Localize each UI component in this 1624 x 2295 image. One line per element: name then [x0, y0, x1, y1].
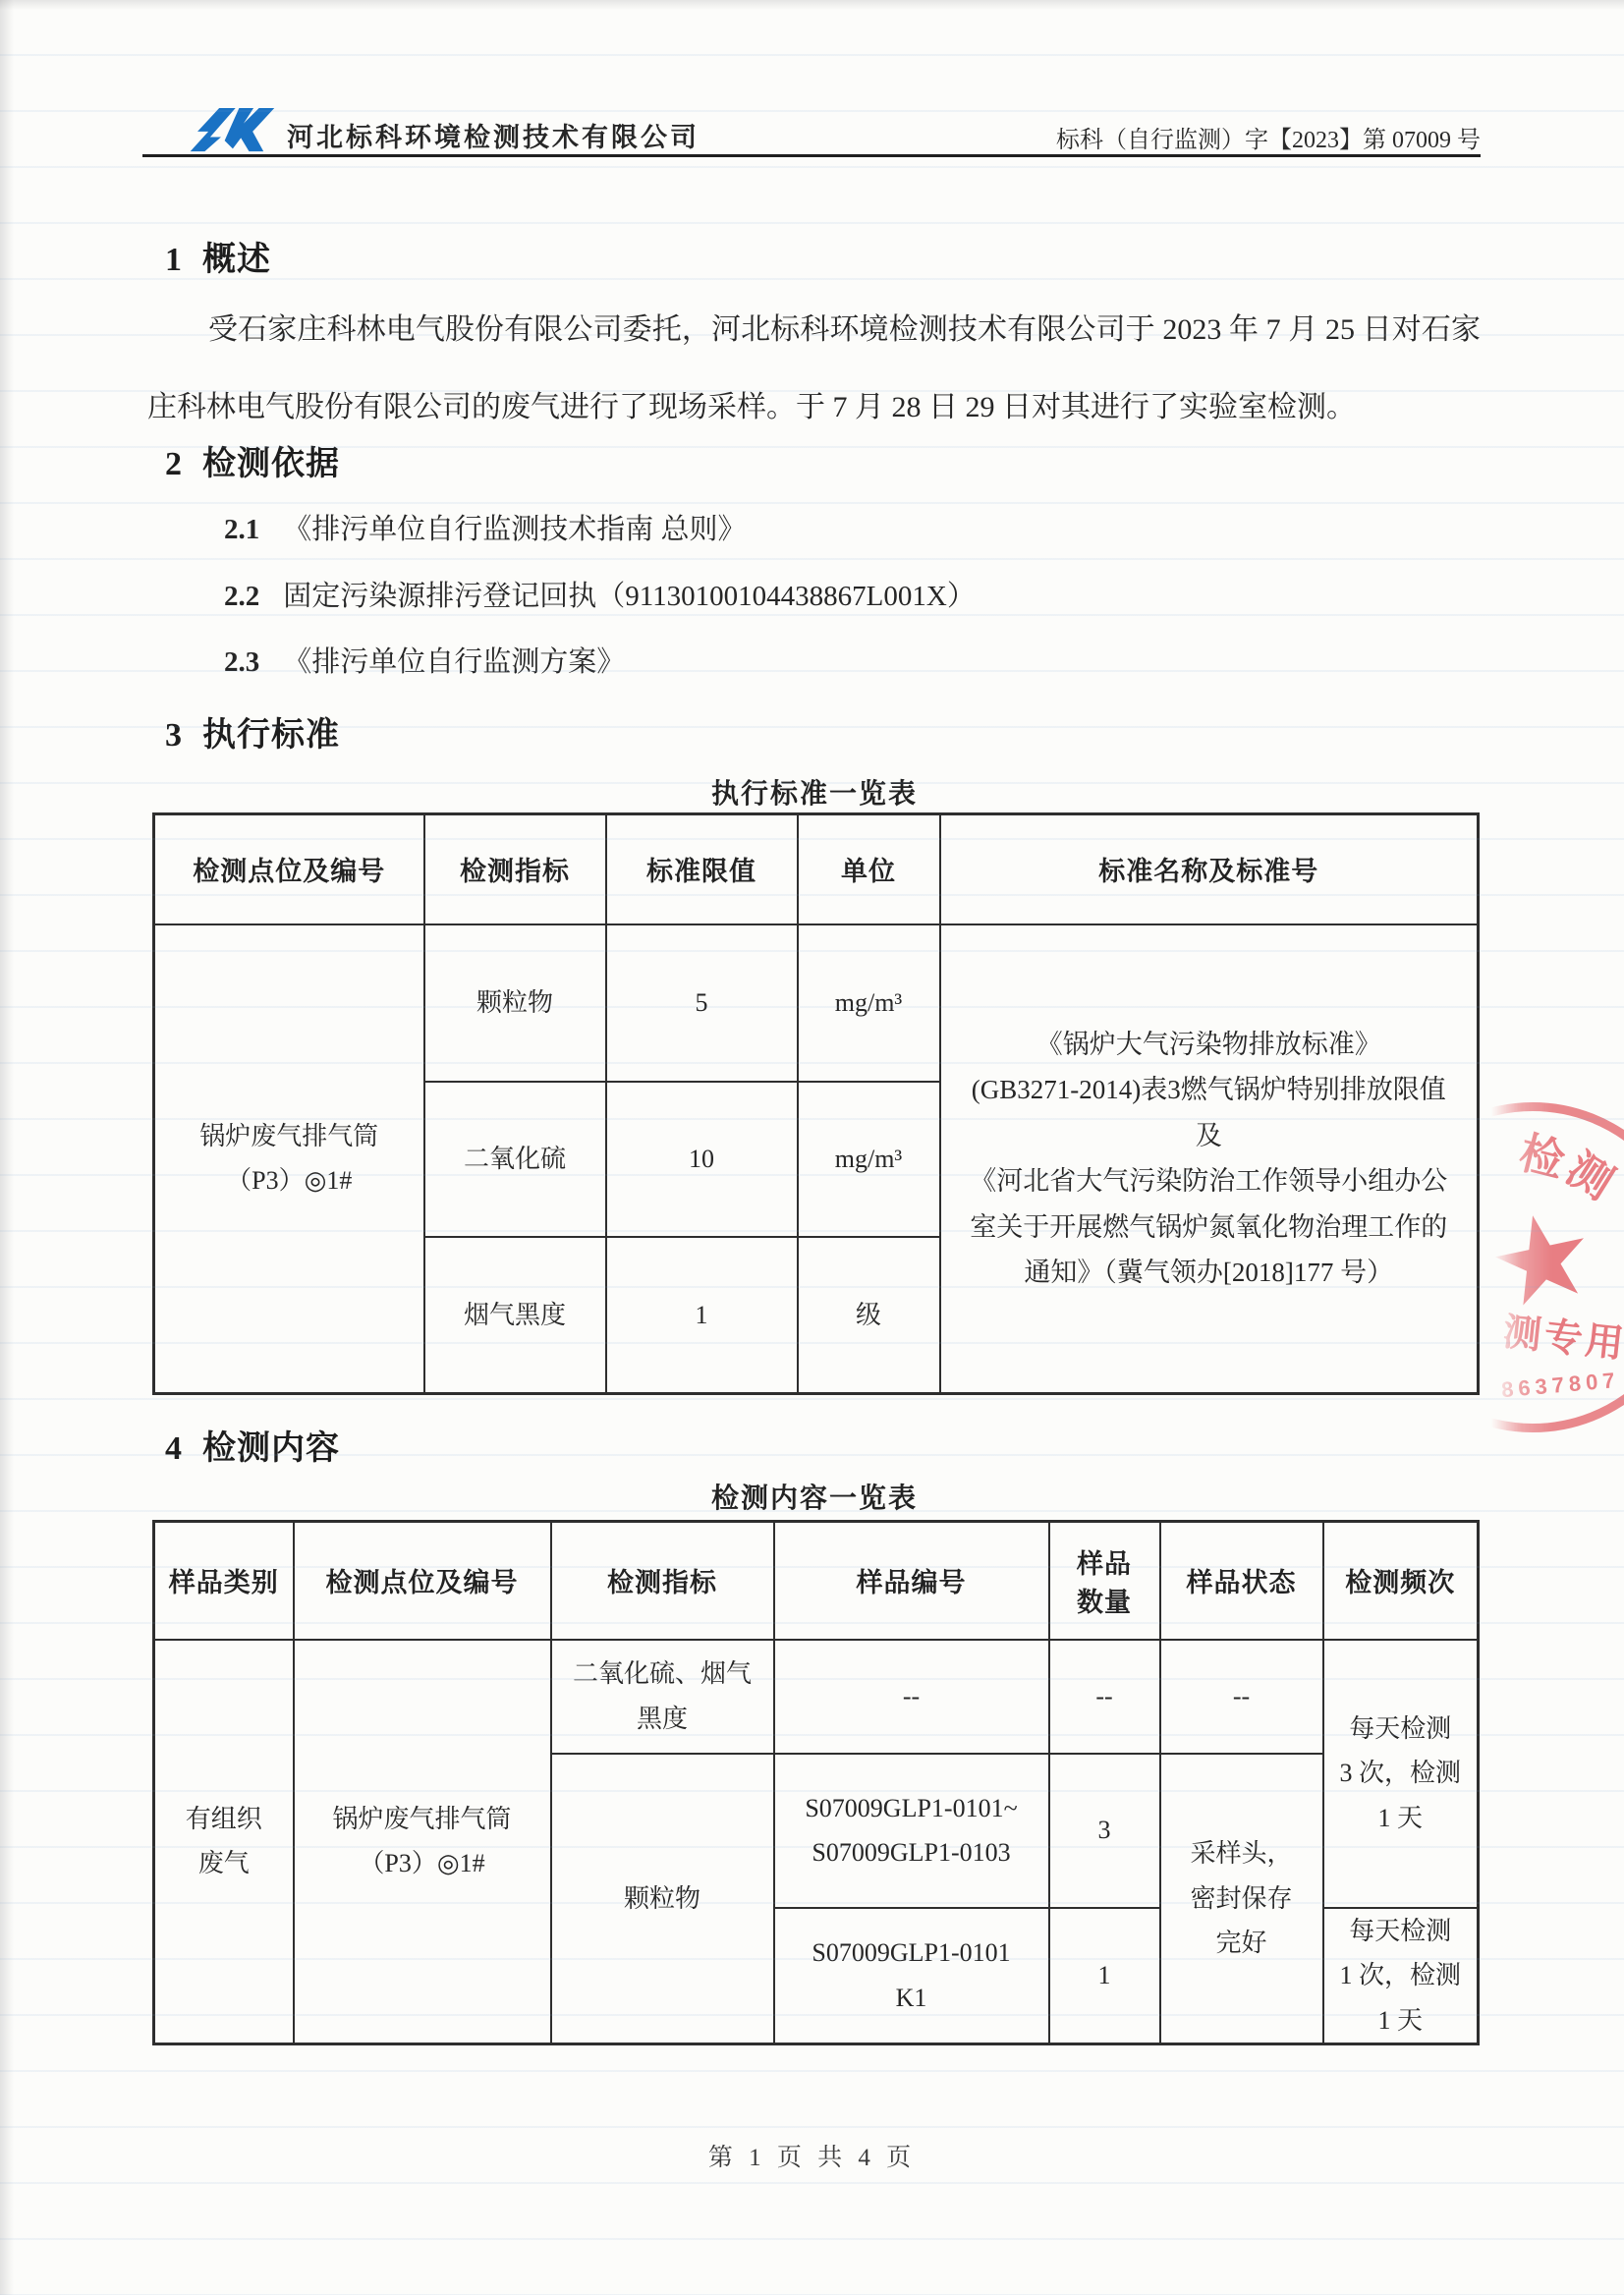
reference-item: 2.3《排污单位自行监测方案》: [224, 640, 625, 680]
section2-heading: 2检测依据: [165, 436, 340, 484]
cell-qty: 3: [1049, 1754, 1160, 1908]
cell-frequency: 每天检测 3 次，检测 1 天: [1323, 1640, 1479, 1908]
doc-number: 标科（自行监测）字【2023】第 07009 号: [865, 120, 1481, 154]
section1-heading: 1概述: [165, 232, 271, 280]
cell-category: 有组织 废气: [154, 1640, 294, 2044]
section2-number: 2: [165, 446, 183, 482]
ref-text: 《排污单位自行监测技术指南 总则》: [283, 514, 746, 545]
section4-heading: 4检测内容: [165, 1421, 340, 1469]
col-header-sample-no: 样品编号: [774, 1522, 1049, 1640]
standards-table: 检测点位及编号 检测指标 标准限值 单位 标准名称及标准号 锅炉废气排气筒 （P…: [152, 812, 1480, 1395]
section4-number: 4: [165, 1430, 183, 1467]
company-name: 河北标科环境检测技术有限公司: [287, 116, 700, 154]
cell-indicator: 烟气黑度: [424, 1237, 606, 1394]
col-header-point: 检测点位及编号: [154, 814, 424, 924]
col-header-status: 样品状态: [1160, 1522, 1323, 1640]
cell-indicator: 颗粒物: [424, 924, 606, 1082]
scan-edge-shadow: [0, 0, 1624, 10]
content-table-caption: 检测内容一览表: [152, 1477, 1477, 1516]
table-row: 锅炉废气排气筒 （P3）◎1# 颗粒物 5 mg/m³ 《锅炉大气污染物排放标准…: [154, 924, 1479, 1082]
reference-item: 2.2固定污染源排污登记回执（91130100104438867L001X）: [224, 574, 976, 614]
col-header-frequency: 检测频次: [1323, 1522, 1479, 1640]
header-rule: [142, 154, 1481, 157]
page-footer: 第 1 页 共 4 页: [0, 2138, 1624, 2173]
ref-text: 固定污染源排污登记回执（91130100104438867L001X）: [283, 581, 976, 612]
cell-unit: mg/m³: [798, 924, 940, 1082]
ref-text: 《排污单位自行监测方案》: [283, 646, 625, 678]
section3-title: 执行标准: [202, 717, 340, 754]
section3-heading: 3执行标准: [165, 707, 340, 756]
section2-title: 检测依据: [202, 446, 340, 482]
standards-header-row: 检测点位及编号 检测指标 标准限值 单位 标准名称及标准号: [154, 814, 1479, 924]
red-seal-stamp: 检 测 ★ 测专用 8637807: [1366, 1095, 1624, 1449]
cell-qty: --: [1049, 1640, 1160, 1754]
cell-unit: mg/m³: [798, 1082, 940, 1237]
section1-title: 概述: [202, 242, 271, 278]
ref-number: 2.3: [224, 646, 259, 678]
cell-status: --: [1160, 1640, 1323, 1754]
cell-limit: 5: [606, 924, 798, 1082]
section1-number: 1: [165, 242, 183, 278]
content-table: 样品类别 检测点位及编号 检测指标 样品编号 样品 数量 样品状态 检测频次 有…: [152, 1520, 1480, 2045]
cell-sample-no: --: [774, 1640, 1049, 1754]
section4-title: 检测内容: [202, 1430, 340, 1467]
cell-indicator: 颗粒物: [551, 1754, 774, 2044]
cell-point: 锅炉废气排气筒 （P3）◎1#: [154, 924, 424, 1394]
cell-indicator: 二氧化硫: [424, 1082, 606, 1237]
cell-sample-no: S07009GLP1-0101 K1: [774, 1908, 1049, 2044]
col-header-qty: 样品 数量: [1049, 1522, 1160, 1640]
cell-indicator: 二氧化硫、烟气 黑度: [551, 1640, 774, 1754]
cell-qty: 1: [1049, 1908, 1160, 2044]
col-header-standard: 标准名称及标准号: [940, 814, 1479, 924]
cell-limit: 1: [606, 1237, 798, 1394]
cell-point: 锅炉废气排气筒 （P3）◎1#: [294, 1640, 551, 2044]
section3-number: 3: [165, 717, 183, 754]
overview-paragraph: 受石家庄科林电气股份有限公司委托，河北标科环境检测技术有限公司于 2023 年 …: [147, 291, 1481, 446]
reference-item: 2.1《排污单位自行监测技术指南 总则》: [224, 507, 747, 547]
cell-unit: 级: [798, 1237, 940, 1394]
col-header-indicator: 检测指标: [424, 814, 606, 924]
ref-number: 2.1: [224, 514, 259, 545]
table-row: 有组织 废气 锅炉废气排气筒 （P3）◎1# 二氧化硫、烟气 黑度 -- -- …: [154, 1640, 1479, 1754]
cell-frequency: 每天检测 1 次，检测 1 天: [1323, 1908, 1479, 2044]
scan-edge-shadow: [0, 0, 14, 2295]
scanned-report-page: 河北标科环境检测技术有限公司 标科（自行监测）字【2023】第 07009 号 …: [0, 0, 1624, 2295]
col-header-category: 样品类别: [154, 1522, 294, 1640]
col-header-indicator: 检测指标: [551, 1522, 774, 1640]
cell-status: 采样头， 密封保存 完好: [1160, 1754, 1323, 2044]
col-header-point: 检测点位及编号: [294, 1522, 551, 1640]
ref-number: 2.2: [224, 581, 259, 612]
col-header-limit: 标准限值: [606, 814, 798, 924]
standards-table-caption: 执行标准一览表: [152, 772, 1477, 812]
content-header-row: 样品类别 检测点位及编号 检测指标 样品编号 样品 数量 样品状态 检测频次: [154, 1522, 1479, 1640]
col-header-unit: 单位: [798, 814, 940, 924]
cell-sample-no: S07009GLP1-0101~ S07009GLP1-0103: [774, 1754, 1049, 1908]
company-logo: [187, 106, 277, 155]
cell-limit: 10: [606, 1082, 798, 1237]
